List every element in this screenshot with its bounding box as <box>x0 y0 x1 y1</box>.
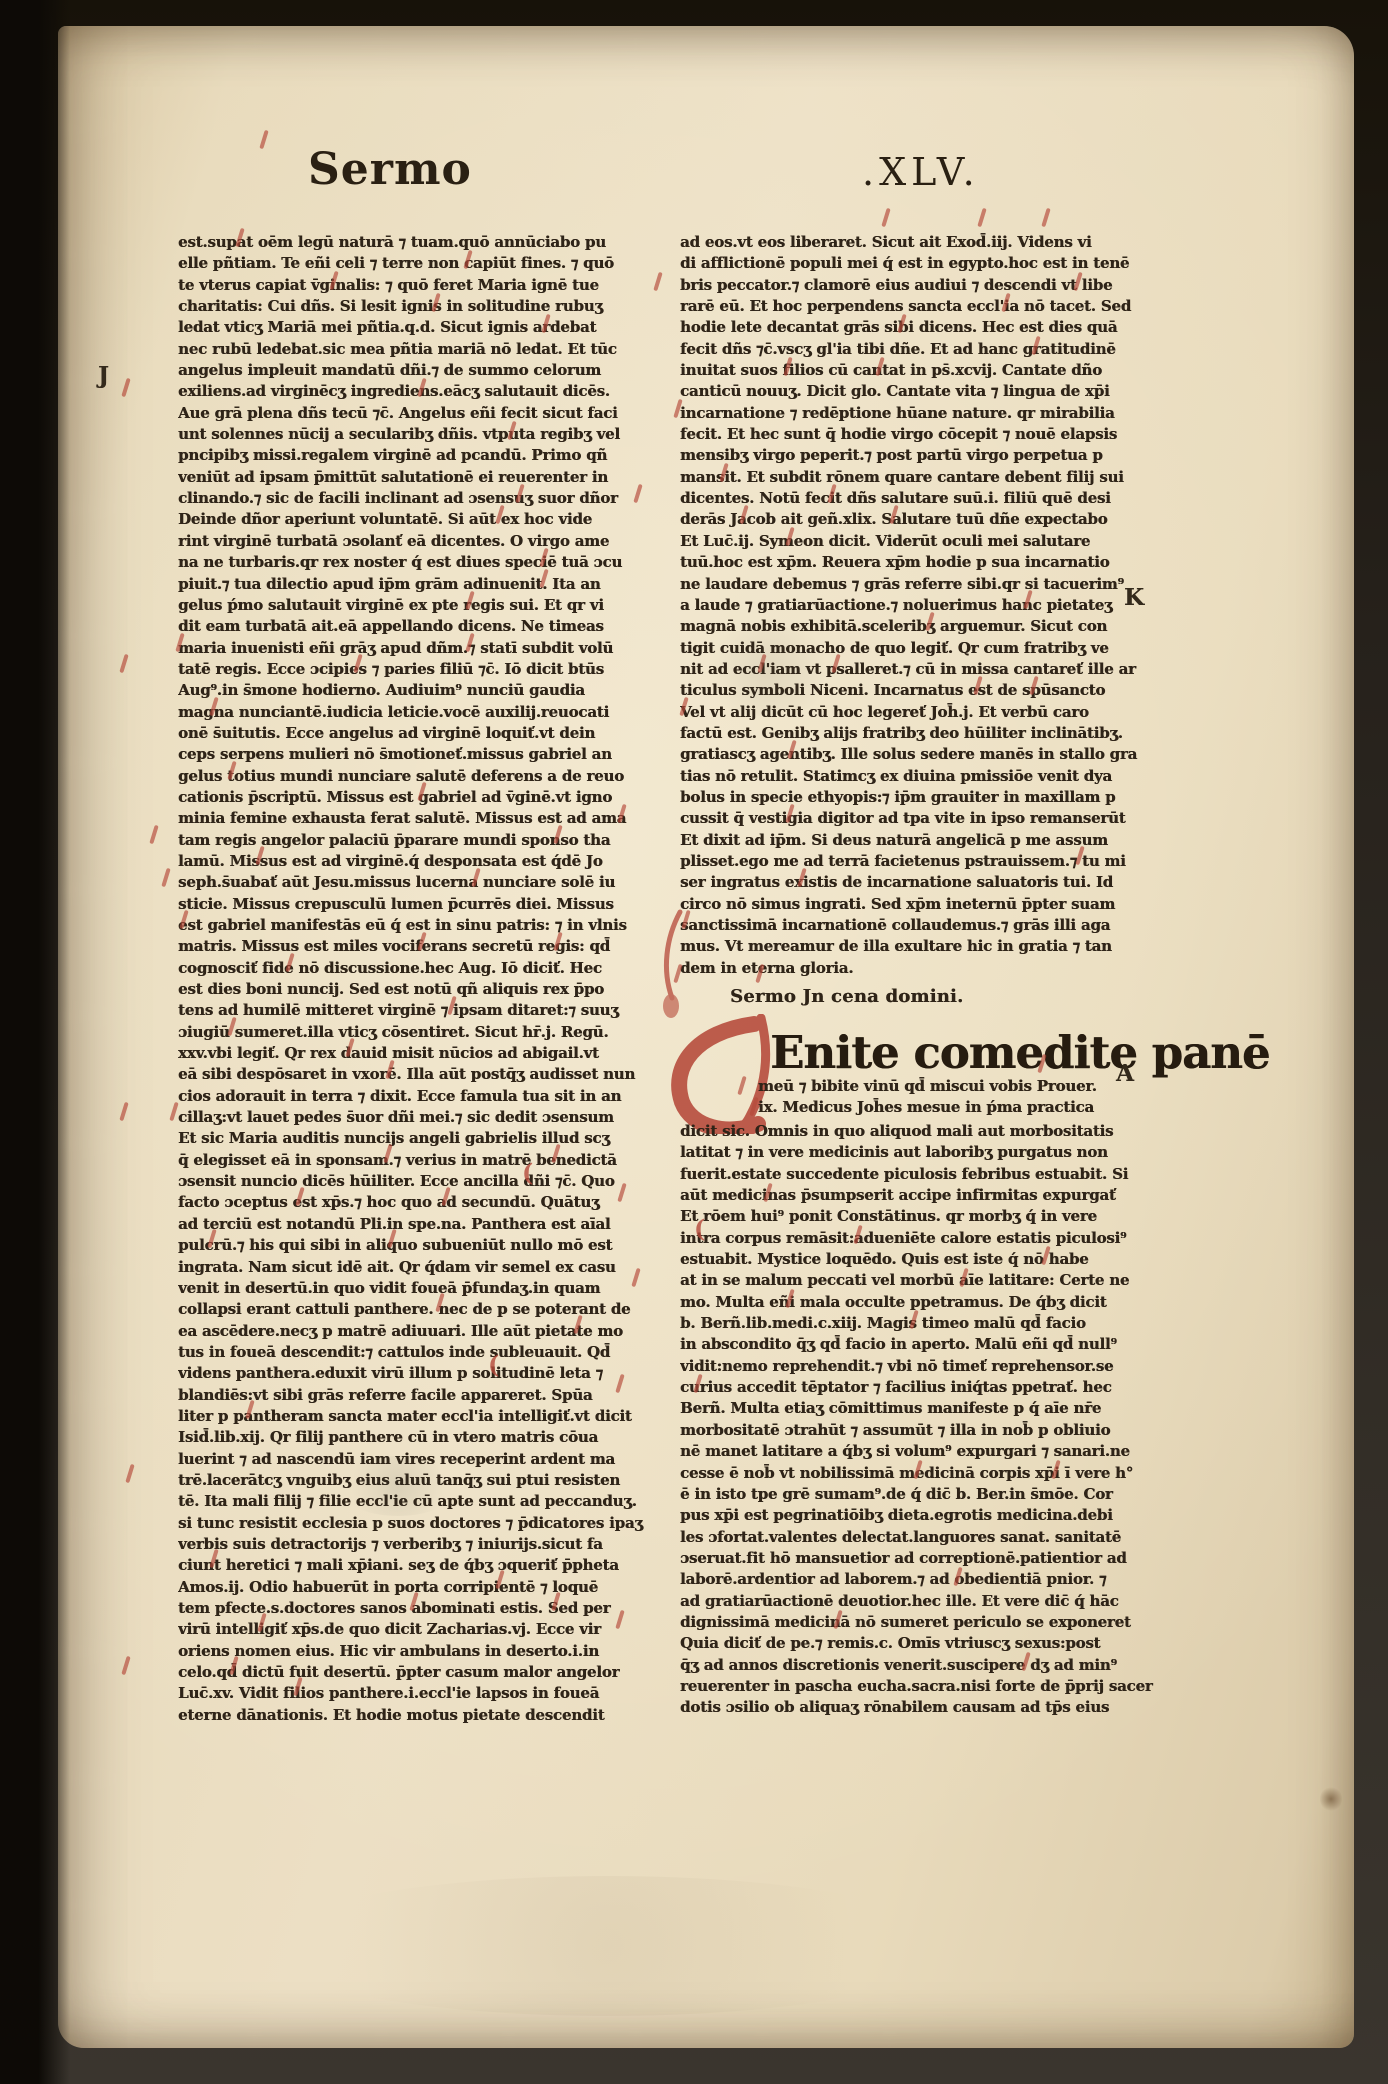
text-line: exiliens.ad virginēcʒ ingrediens.eācʒ sa… <box>178 381 676 402</box>
text-line: Amos.ij. Odio habuerūt in porta corripie… <box>178 1577 676 1598</box>
marginal-letter: A <box>1116 1060 1134 1087</box>
text-line: Aug⁹.in s̄mone hodierno. Audiuim⁹ nunciū… <box>178 680 676 701</box>
text-line: rarē eū. Et hoc perpendens sancta eccl'i… <box>680 296 1180 317</box>
text-line: tus in foueā descendit:⁊ cattulos inde s… <box>178 1342 676 1363</box>
text-line: nē manet latitare a q́bʒ si volum⁹ expur… <box>680 1441 1182 1462</box>
text-line: Deinde dñor aperiunt voluntatē. Si aūt e… <box>178 509 676 530</box>
text-line: pulcrū.⁊ his qui sibi in aliquo subueniū… <box>178 1235 676 1256</box>
text-line: ne laudare debemus ⁊ grās referre sibi.q… <box>680 574 1180 595</box>
text-line: venit in desertū.in quo vidit foueā p̄fu… <box>178 1278 676 1299</box>
text-line: inuitat suos filios cū cantat in ps̄.xcv… <box>680 360 1180 381</box>
text-line: cussit q̄ vestigia digitor ad tpa vite i… <box>680 808 1180 829</box>
text-line: reuerenter in pascha eucha.sacra.nisi fo… <box>680 1676 1182 1697</box>
text-line: Aue grā plena dñs tecū ⁊c̄. Angelus eñi … <box>178 403 676 424</box>
text-line: Luc̄.xv. Vidit filios panthere.i.eccl'ie… <box>178 1683 676 1704</box>
red-rubrication-stroke <box>149 825 158 844</box>
text-line: maria inuenisti eñi grāʒ apud dñm.⁊ stat… <box>178 638 676 659</box>
text-line: cillaʒ:vt lauet pedes s̄uor dñi mei.⁊ si… <box>178 1107 676 1128</box>
text-line: dotis ɔsilio ob aliquaʒ rōnabilem causam… <box>680 1697 1182 1718</box>
text-line: te vterus capiat v̄ginalis: ⁊ quō feret … <box>178 275 676 296</box>
red-paragraph-mark: ( <box>522 1158 533 1187</box>
text-line: est gabriel manifestās eū q́ est in sinu… <box>178 915 676 936</box>
right-text-column-part1: ad eos.vt eos liberaret. Sicut ait Exod̄… <box>680 232 1180 984</box>
text-line: pncipibʒ missi.regalem virginē ad pcandū… <box>178 445 676 466</box>
text-line: Isid̄.lib.xij. Qr filij panthere cū in v… <box>178 1427 676 1448</box>
text-line: verbis suis detractorijs ⁊ verberibʒ ⁊ i… <box>178 1534 676 1555</box>
text-line: dicit sic. Omnis in quo aliquod mali aut… <box>680 1121 1182 1142</box>
text-line: q̄ʒ ad annos discretionis venerit.suscip… <box>680 1655 1182 1676</box>
text-line: ser ingratus existis de incarnatione sal… <box>680 872 1180 893</box>
text-line: hodie lete decantat grās sibi dicens. He… <box>680 317 1180 338</box>
text-line: cognosciť fide nō discussione.hec Aug. I… <box>178 958 676 979</box>
text-line: canticū nouuʒ. Dicit glo. Cantate vita ⁊… <box>680 381 1180 402</box>
text-line: di afflictionē populi mei q́ est in egyp… <box>680 253 1180 274</box>
text-line: mo. Multa eñi mala occulte ppetramus. De… <box>680 1292 1182 1313</box>
text-line: videns panthera.eduxit virū illum p soli… <box>178 1363 676 1384</box>
red-rubrication-stroke <box>259 130 268 149</box>
red-rubrication-stroke <box>977 208 986 227</box>
text-line: ciunt heretici ⁊ mali xp̄iani. seʒ de q́… <box>178 1555 676 1576</box>
text-line: morbositatē ɔtrahūt ⁊ assumūt ⁊ illa in … <box>680 1420 1182 1441</box>
folio-number: .XLV. <box>862 150 980 194</box>
text-line: seph.s̄uabať aūt Jesu.missus lucerna nun… <box>178 872 676 893</box>
text-line: Et sic Maria auditis nuncijs angeli gabr… <box>178 1128 676 1149</box>
text-line: tem pfecte.s.doctores sanos abominati es… <box>178 1598 676 1619</box>
text-line: incarnatione ⁊ redēptione hūane nature. … <box>680 403 1180 424</box>
text-line: fecit. Et hec sunt q̄ hodie virgo cōcepi… <box>680 424 1180 445</box>
text-line: elle pñtiam. Te eñi celi ⁊ terre non cap… <box>178 253 676 274</box>
text-line: dignissimā medicinā nō sumeret periculo … <box>680 1612 1182 1633</box>
text-line: mansit. Et subdit rōnem quare cantare de… <box>680 467 1180 488</box>
text-line: ad terciū est notandū Pli.in spe.na. Pan… <box>178 1214 676 1235</box>
text-line: Et Luc̄.ij. Symeon dicit. Viderūt oculi … <box>680 531 1180 552</box>
text-line: nec rubū ledebat.sic mea pñtia mariā nō … <box>178 339 676 360</box>
text-line: tam regis angelor palaciū p̄parare mundi… <box>178 830 676 851</box>
text-line: celo.qd̄ dictū fuit desertū. p̄pter casu… <box>178 1662 676 1683</box>
text-line: les ɔfortat.valentes delectat.languores … <box>680 1527 1182 1548</box>
text-line: tatē regis. Ecce ɔcipies ⁊ paries filiū … <box>178 659 676 680</box>
red-rubrication-stroke <box>881 208 890 227</box>
marginal-letter: K <box>1124 584 1144 611</box>
text-line: gelus totius mundi nunciare salutē defer… <box>178 766 676 787</box>
text-line: na ne turbaris.qr rex noster q́ est diue… <box>178 552 676 573</box>
text-line: gratiascʒ agentibʒ. Ille solus sedere ma… <box>680 744 1180 765</box>
text-line: xxv.vbi legiť. Qr rex dauid misit nūcios… <box>178 1043 676 1064</box>
sermon-incipit-large: Enite comedite panē <box>770 1026 1269 1079</box>
text-line: ē in isto tpe grē sumam⁹.de q́ dic̄ b. B… <box>680 1484 1182 1505</box>
text-line: tias nō retulit. Statimcʒ ex diuina pmis… <box>680 766 1180 787</box>
red-rubrication-stroke <box>161 868 170 887</box>
text-line: factū est. Genibʒ alijs fratribʒ deo hūi… <box>680 723 1180 744</box>
text-line: vidit:nemo reprehendit.⁊ vbi nō timeť re… <box>680 1356 1182 1377</box>
text-line: intra corpus remāsit:adueniēte calore es… <box>680 1228 1182 1249</box>
text-line: Et rōem hui⁹ ponit Constātinus. qr morbʒ… <box>680 1206 1182 1227</box>
text-line: minia femine exhausta ferat salutē. Miss… <box>178 808 676 829</box>
text-line: Quia diciť de pe.⁊ remis.c. Omīs vtriusc… <box>680 1633 1182 1654</box>
text-line: ad eos.vt eos liberaret. Sicut ait Exod̄… <box>680 232 1180 253</box>
red-rubrication-stroke <box>119 654 128 673</box>
text-line: cios adorauit in terra ⁊ dixit. Ecce fam… <box>178 1086 676 1107</box>
red-rubrication-stroke <box>121 378 130 397</box>
text-line: sticie. Missus crepusculū lumen p̄currēs… <box>178 894 676 915</box>
paper-smudge <box>338 1456 458 1516</box>
text-line: curius accedit tēptator ⁊ facilius iniq́… <box>680 1377 1182 1398</box>
red-flourish-mark <box>658 908 692 1020</box>
text-line: aūt medicinas p̄sumpserit accipe infirmi… <box>680 1185 1182 1206</box>
ink-stain <box>1320 1786 1342 1812</box>
text-line: cesse ē nob̄ vt nobilissimā medicinā cor… <box>680 1463 1182 1484</box>
red-paragraph-mark: ( <box>694 1214 705 1243</box>
text-line: charitatis: Cui dñs. Si lesit ignis in s… <box>178 296 676 317</box>
text-line: circo nō simus ingrati. Sed xp̄m inetern… <box>680 894 1180 915</box>
incunabulum-scan: Sermo .XLV. est.supat oēm legū naturā ⁊ … <box>0 0 1388 2084</box>
text-line: est dies boni nuncij. Sed est notū qñ al… <box>178 979 676 1000</box>
marginal-letter: J <box>98 362 109 389</box>
text-line: clinando.⁊ sic de facili inclinant ad ɔs… <box>178 488 676 509</box>
red-rubrication-stroke <box>1041 208 1050 227</box>
text-line: est.supat oēm legū naturā ⁊ tuam.quō ann… <box>178 232 676 253</box>
text-line: in abscondito q̄ʒ qd̄ facio in aperto. M… <box>680 1334 1182 1355</box>
text-line: pus xp̄i est pegrinatiōibʒ dieta.egrotis… <box>680 1505 1182 1526</box>
text-line: tens ad humilē mitteret virginē ⁊ ipsam … <box>178 1000 676 1021</box>
text-line: magna nunciantē.iudicia leticie.vocē aux… <box>178 702 676 723</box>
text-line: piuit.⁊ tua dilectio apud ip̄m grām adin… <box>178 574 676 595</box>
text-line: tuū.hoc est xp̄m. Reuera xp̄m hodie p su… <box>680 552 1180 573</box>
text-line: cationis p̄scriptū. Missus est gabriel a… <box>178 787 676 808</box>
text-line: veniūt ad ipsam p̄mittūt salutationē ei … <box>178 467 676 488</box>
text-line: derās Jacob ait geñ.xlix. Salutare tuū d… <box>680 509 1180 530</box>
text-line: mus. Vt mereamur de illa exultare hic in… <box>680 936 1180 957</box>
text-line: facto ɔceptus est xp̄s.⁊ hoc quo ad secu… <box>178 1192 676 1213</box>
text-line: collapsi erant cattuli panthere. nec de … <box>178 1299 676 1320</box>
text-line: mensibʒ virgo peperit.⁊ post partū virgo… <box>680 445 1180 466</box>
text-line: eterne dānationis. Et hodie motus pietat… <box>178 1705 676 1726</box>
paper-smudge <box>698 626 838 716</box>
text-line: fuerit.estate succedente piculosis febri… <box>680 1164 1182 1185</box>
text-line: eā sibi despōsaret in vxorē. Illa aūt po… <box>178 1064 676 1085</box>
book-page: Sermo .XLV. est.supat oēm legū naturā ⁊ … <box>58 26 1354 2048</box>
right-text-column-part2: dicit sic. Omnis in quo aliquod mali aut… <box>680 1121 1182 1725</box>
red-rubrication-stroke <box>121 1656 130 1675</box>
text-line: fecit dñs ⁊c̄.vscʒ gl'ia tibi dñe. Et ad… <box>680 339 1180 360</box>
text-line: at in se malum peccati vel morbū aīe lat… <box>680 1270 1182 1291</box>
text-line: matris. Missus est miles vociferans secr… <box>178 936 676 957</box>
text-line: estuabit. Mystice loquēdo. Quis est iste… <box>680 1249 1182 1270</box>
text-line: dem in eterna gloria. <box>680 958 1180 979</box>
text-line: ɔsensit nuncio dicēs hūiliter. Ecce anci… <box>178 1171 676 1192</box>
text-line: b. Berñ.lib.medi.c.xiij. Magis timeo mal… <box>680 1313 1182 1334</box>
text-line: Et dixit ad ip̄m. Si deus naturā angelic… <box>680 830 1180 851</box>
text-line: sanctissimā incarnationē collaudemus.⁊ g… <box>680 915 1180 936</box>
text-line: lamū. Missus est ad virginē.q́ desponsat… <box>178 851 676 872</box>
text-line: oriens nomen eius. Hic vir ambulans in d… <box>178 1641 676 1662</box>
text-line: q̄ elegisset eā in sponsam.⁊ verius in m… <box>178 1150 676 1171</box>
running-title: Sermo <box>308 144 472 195</box>
text-line: plisset.ego me ad terrā facietenus pstra… <box>680 851 1180 872</box>
text-line: gelus ṕmo salutauit virginē ex pte regis… <box>178 595 676 616</box>
text-line: ingrata. Nam sicut idē ait. Qr q́dam vir… <box>178 1257 676 1278</box>
text-line: ad gratiarūactionē deuotior.hec ille. Et… <box>680 1591 1182 1612</box>
paper-mottling <box>258 1876 958 2016</box>
text-line: angelus impleuit mandatū dñi.⁊ de summo … <box>178 360 676 381</box>
red-rubrication-stroke <box>125 1464 134 1483</box>
text-line: onē s̄uitutis. Ecce angelus ad virginē l… <box>178 723 676 744</box>
text-line: rint virginē turbatā ɔsolanť eā dicentes… <box>178 531 676 552</box>
text-line: liter p pantheram sancta mater eccl'ia i… <box>178 1406 676 1427</box>
red-paragraph-mark: ( <box>488 1350 499 1379</box>
text-line: ea ascēdere.necʒ p matrē adiuuari. Ille … <box>178 1321 676 1342</box>
text-line: ix. Medicus Joh̄es mesue in ṕma practica <box>758 1097 1182 1118</box>
sermon-rubric: Sermo Jn cena domini. <box>730 986 963 1007</box>
text-line: ɔiugiū sumeret.illa vticʒ cōsentiret. Si… <box>178 1022 676 1043</box>
text-line: virū intelligiť xp̄s.de quo dicit Zachar… <box>178 1619 676 1640</box>
text-line: bris peccator.⁊ clamorē eius audiui ⁊ de… <box>680 275 1180 296</box>
text-line: laborē.ardentior ad laborem.⁊ ad obedien… <box>680 1569 1182 1590</box>
text-line: ceps serpens mulieri nō s̄motioneť.missu… <box>178 744 676 765</box>
red-rubrication-stroke <box>119 1102 128 1121</box>
text-line: Berñ. Multa etiaʒ cōmittimus manifeste p… <box>680 1398 1182 1419</box>
text-line: dicentes. Notū fecit dñs salutare suū.i.… <box>680 488 1180 509</box>
text-line: dit eam turbatā ait.eā appellando dicens… <box>178 616 676 637</box>
text-line: si tunc resistit ecclesia p suos doctore… <box>178 1513 676 1534</box>
text-line: ledat vticʒ Mariā mei pñtia.q.d. Sicut i… <box>178 317 676 338</box>
text-line: ɔseruat.fit hō mansuetior ad correptionē… <box>680 1548 1182 1569</box>
text-line: bolus in specie ethyopis:⁊ ip̄m grauiter… <box>680 787 1180 808</box>
text-line: unt solennes nūcij a secularibʒ dñis. vt… <box>178 424 676 445</box>
text-line: latitat ⁊ in vere medicinis aut laboribʒ… <box>680 1142 1182 1163</box>
